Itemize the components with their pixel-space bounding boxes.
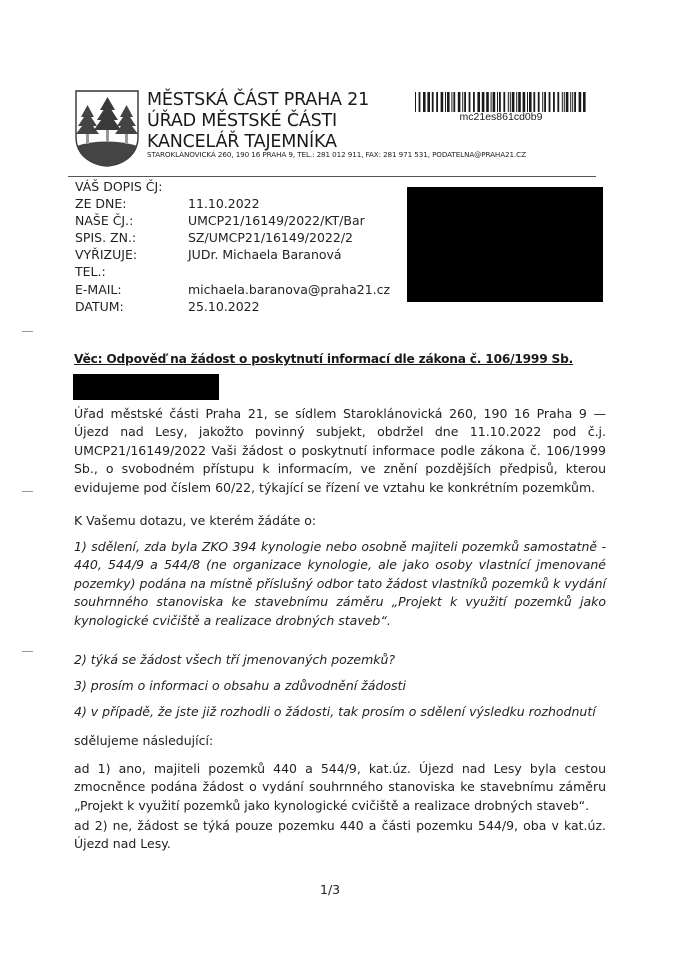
reference-label: NAŠE ČJ.:: [75, 212, 188, 229]
reference-value: 25.10.2022: [188, 298, 260, 315]
reference-value: 11.10.2022: [188, 195, 260, 212]
redacted-recipient-name: [73, 374, 219, 400]
answer-1: ad 1) ano, majiteli pozemků 440 a 544/9,…: [74, 760, 606, 815]
fold-mark: [22, 331, 33, 332]
page-number: 1/3: [320, 882, 340, 897]
header-divider: [68, 176, 596, 177]
reference-row: SPIS. ZN.:SZ/UMCP21/16149/2022/2: [75, 229, 390, 246]
organization-name: MĚSTSKÁ ČÁST PRAHA 21 ÚŘAD MĚSTSKÉ ČÁSTI…: [147, 90, 369, 153]
fold-mark: [22, 491, 33, 492]
reference-row: VYŘIZUJE:JUDr. Michaela Baranová: [75, 246, 390, 263]
reference-label: VYŘIZUJE:: [75, 246, 188, 263]
org-line-2: ÚŘAD MĚSTSKÉ ČÁSTI: [147, 111, 369, 132]
org-address: STAROKLÁNOVICKÁ 260, 190 16 PRAHA 9, TEL…: [147, 150, 526, 159]
coat-of-arms-logo-icon: [73, 89, 141, 167]
question-4: 4) v případě, že jste již rozhodli o žád…: [74, 703, 606, 721]
reference-label: ZE DNE:: [75, 195, 188, 212]
fold-mark: [22, 651, 33, 652]
reference-table: VÁŠ DOPIS ČJ:ZE DNE:11.10.2022NAŠE ČJ.:U…: [75, 178, 390, 315]
reference-value: UMCP21/16149/2022/KT/Bar: [188, 212, 365, 229]
reference-row: VÁŠ DOPIS ČJ:: [75, 178, 390, 195]
barcode-icon: [415, 92, 587, 112]
question-1: 1) sdělení, zda byla ZKO 394 kynologie n…: [74, 538, 606, 630]
reference-label: VÁŠ DOPIS ČJ:: [75, 178, 188, 195]
question-3: 3) prosím o informaci o obsahu a zdůvodn…: [74, 677, 606, 695]
query-intro: K Vašemu dotazu, ve kterém žádáte o:: [74, 512, 606, 530]
reference-value: SZ/UMCP21/16149/2022/2: [188, 229, 353, 246]
reference-row: NAŠE ČJ.:UMCP21/16149/2022/KT/Bar: [75, 212, 390, 229]
barcode-text: mc21es861cd0b9: [415, 111, 587, 123]
reference-value: michaela.baranova@praha21.cz: [188, 281, 390, 298]
reference-row: DATUM:25.10.2022: [75, 298, 390, 315]
question-2: 2) týká se žádost všech tří jmenovaných …: [74, 651, 606, 669]
answer-intro: sdělujeme následující:: [74, 732, 606, 750]
org-line-1: MĚSTSKÁ ČÁST PRAHA 21: [147, 90, 369, 111]
reference-label: SPIS. ZN.:: [75, 229, 188, 246]
reference-label: TEL.:: [75, 263, 188, 280]
intro-paragraph: Úřad městské části Praha 21, se sídlem S…: [74, 405, 606, 497]
subject-line: Věc: Odpověď na žádost o poskytnutí info…: [74, 352, 573, 366]
reference-row: TEL.:: [75, 263, 390, 280]
answer-2: ad 2) ne, žádost se týká pouze pozemku 4…: [74, 817, 606, 854]
reference-value: JUDr. Michaela Baranová: [188, 246, 342, 263]
reference-label: DATUM:: [75, 298, 188, 315]
redacted-recipient-address: [407, 187, 603, 302]
reference-row: ZE DNE:11.10.2022: [75, 195, 390, 212]
reference-row: E-MAIL:michaela.baranova@praha21.cz: [75, 281, 390, 298]
reference-label: E-MAIL:: [75, 281, 188, 298]
